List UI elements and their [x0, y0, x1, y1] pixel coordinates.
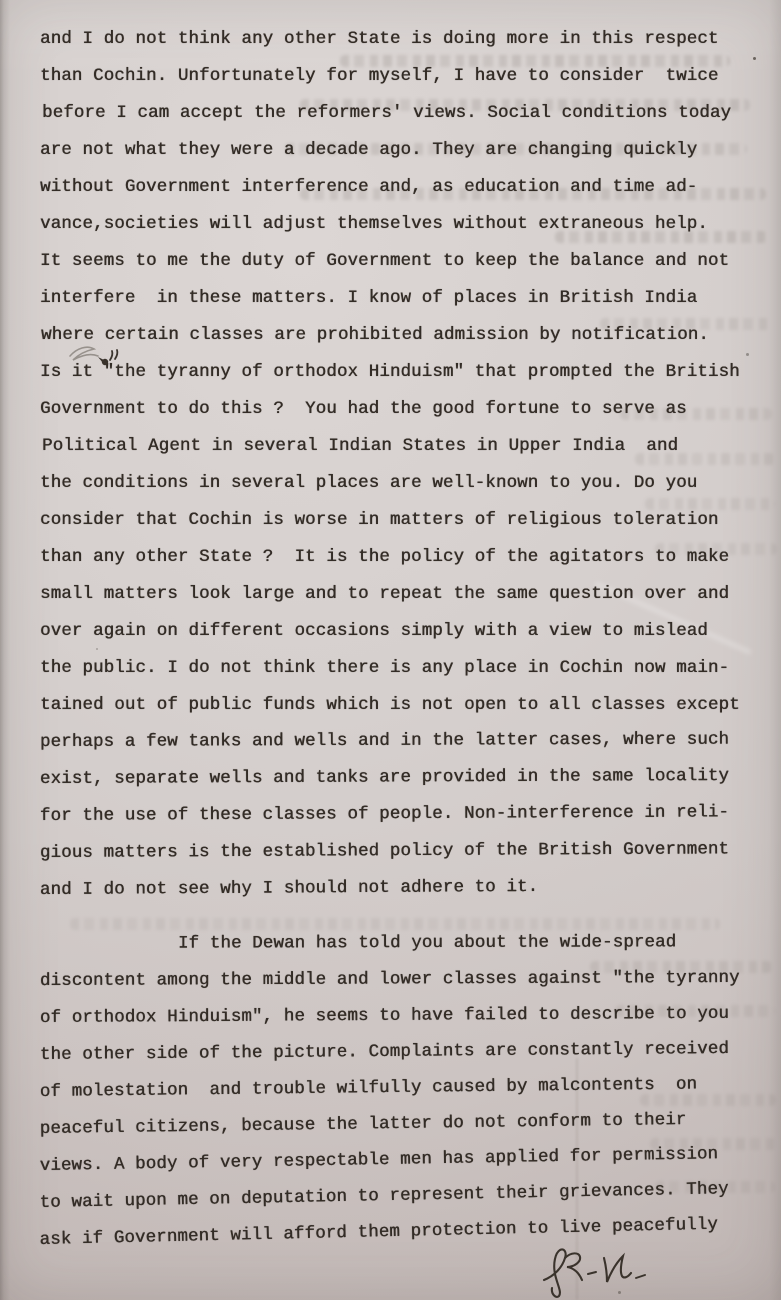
- text-line: perhaps a few tanks and wells and in the…: [40, 721, 781, 761]
- ink-smudge-caret: [68, 343, 120, 373]
- text-line: than Cochin. Unfortunately for myself, I…: [40, 58, 781, 95]
- paragraph: and I do not think any other State is do…: [40, 21, 781, 909]
- text-line: over again on different occasions simply…: [40, 613, 781, 650]
- text-line: the public. I do not think there is any …: [40, 650, 781, 687]
- text-line: are not what they were a decade ago. The…: [40, 132, 781, 169]
- text-line: discontent among the middle and lower cl…: [40, 960, 781, 1000]
- text-line: Government to do this ? You had the good…: [40, 391, 781, 428]
- text-line: and I do not think any other State is do…: [40, 21, 781, 58]
- document-body: and I do not think any other State is do…: [0, 0, 781, 1300]
- text-line: small matters look large and to repeat t…: [40, 576, 781, 613]
- text-line: the conditions in several places are wel…: [40, 465, 781, 502]
- text-line: without Government interference and, as …: [40, 169, 781, 206]
- text-line: where certain classes are prohibited adm…: [41, 317, 781, 354]
- text-line: Is it "the tyranny of orthodox Hinduism"…: [40, 354, 781, 391]
- ink-speck: [746, 353, 749, 356]
- text-line: Political Agent in several Indian States…: [42, 428, 781, 465]
- ink-speck: [618, 1291, 621, 1294]
- paragraph: If the Dewan has told you about the wide…: [40, 926, 781, 1259]
- text-line: vance,societies will adjust themselves w…: [40, 206, 781, 243]
- text-line: and I do not see why I should not adhere…: [40, 867, 781, 909]
- text-line: If the Dewan has told you about the wide…: [40, 924, 781, 963]
- document-page: and I do not think any other State is do…: [0, 0, 781, 1300]
- text-line: for the use of these classes of people. …: [40, 794, 781, 835]
- text-line: than any other State ? It is the policy …: [40, 539, 781, 576]
- text-line: interfere in these matters. I know of pl…: [40, 280, 781, 317]
- text-line: consider that Cochin is worse in matters…: [40, 502, 781, 539]
- ink-speck: [96, 648, 98, 650]
- text-line: tained out of public funds which is not …: [40, 687, 781, 724]
- text-line: It seems to me the duty of Government to…: [40, 243, 781, 280]
- text-line: gious matters is the established policy …: [40, 831, 781, 872]
- ink-speck: [300, 708, 302, 710]
- signature-initials: R.V.: [538, 1244, 658, 1300]
- text-line: before I cam accept the reformers' views…: [42, 95, 781, 132]
- ink-speck: [753, 57, 756, 60]
- text-line: exist, separate wells and tanks are prov…: [40, 758, 781, 798]
